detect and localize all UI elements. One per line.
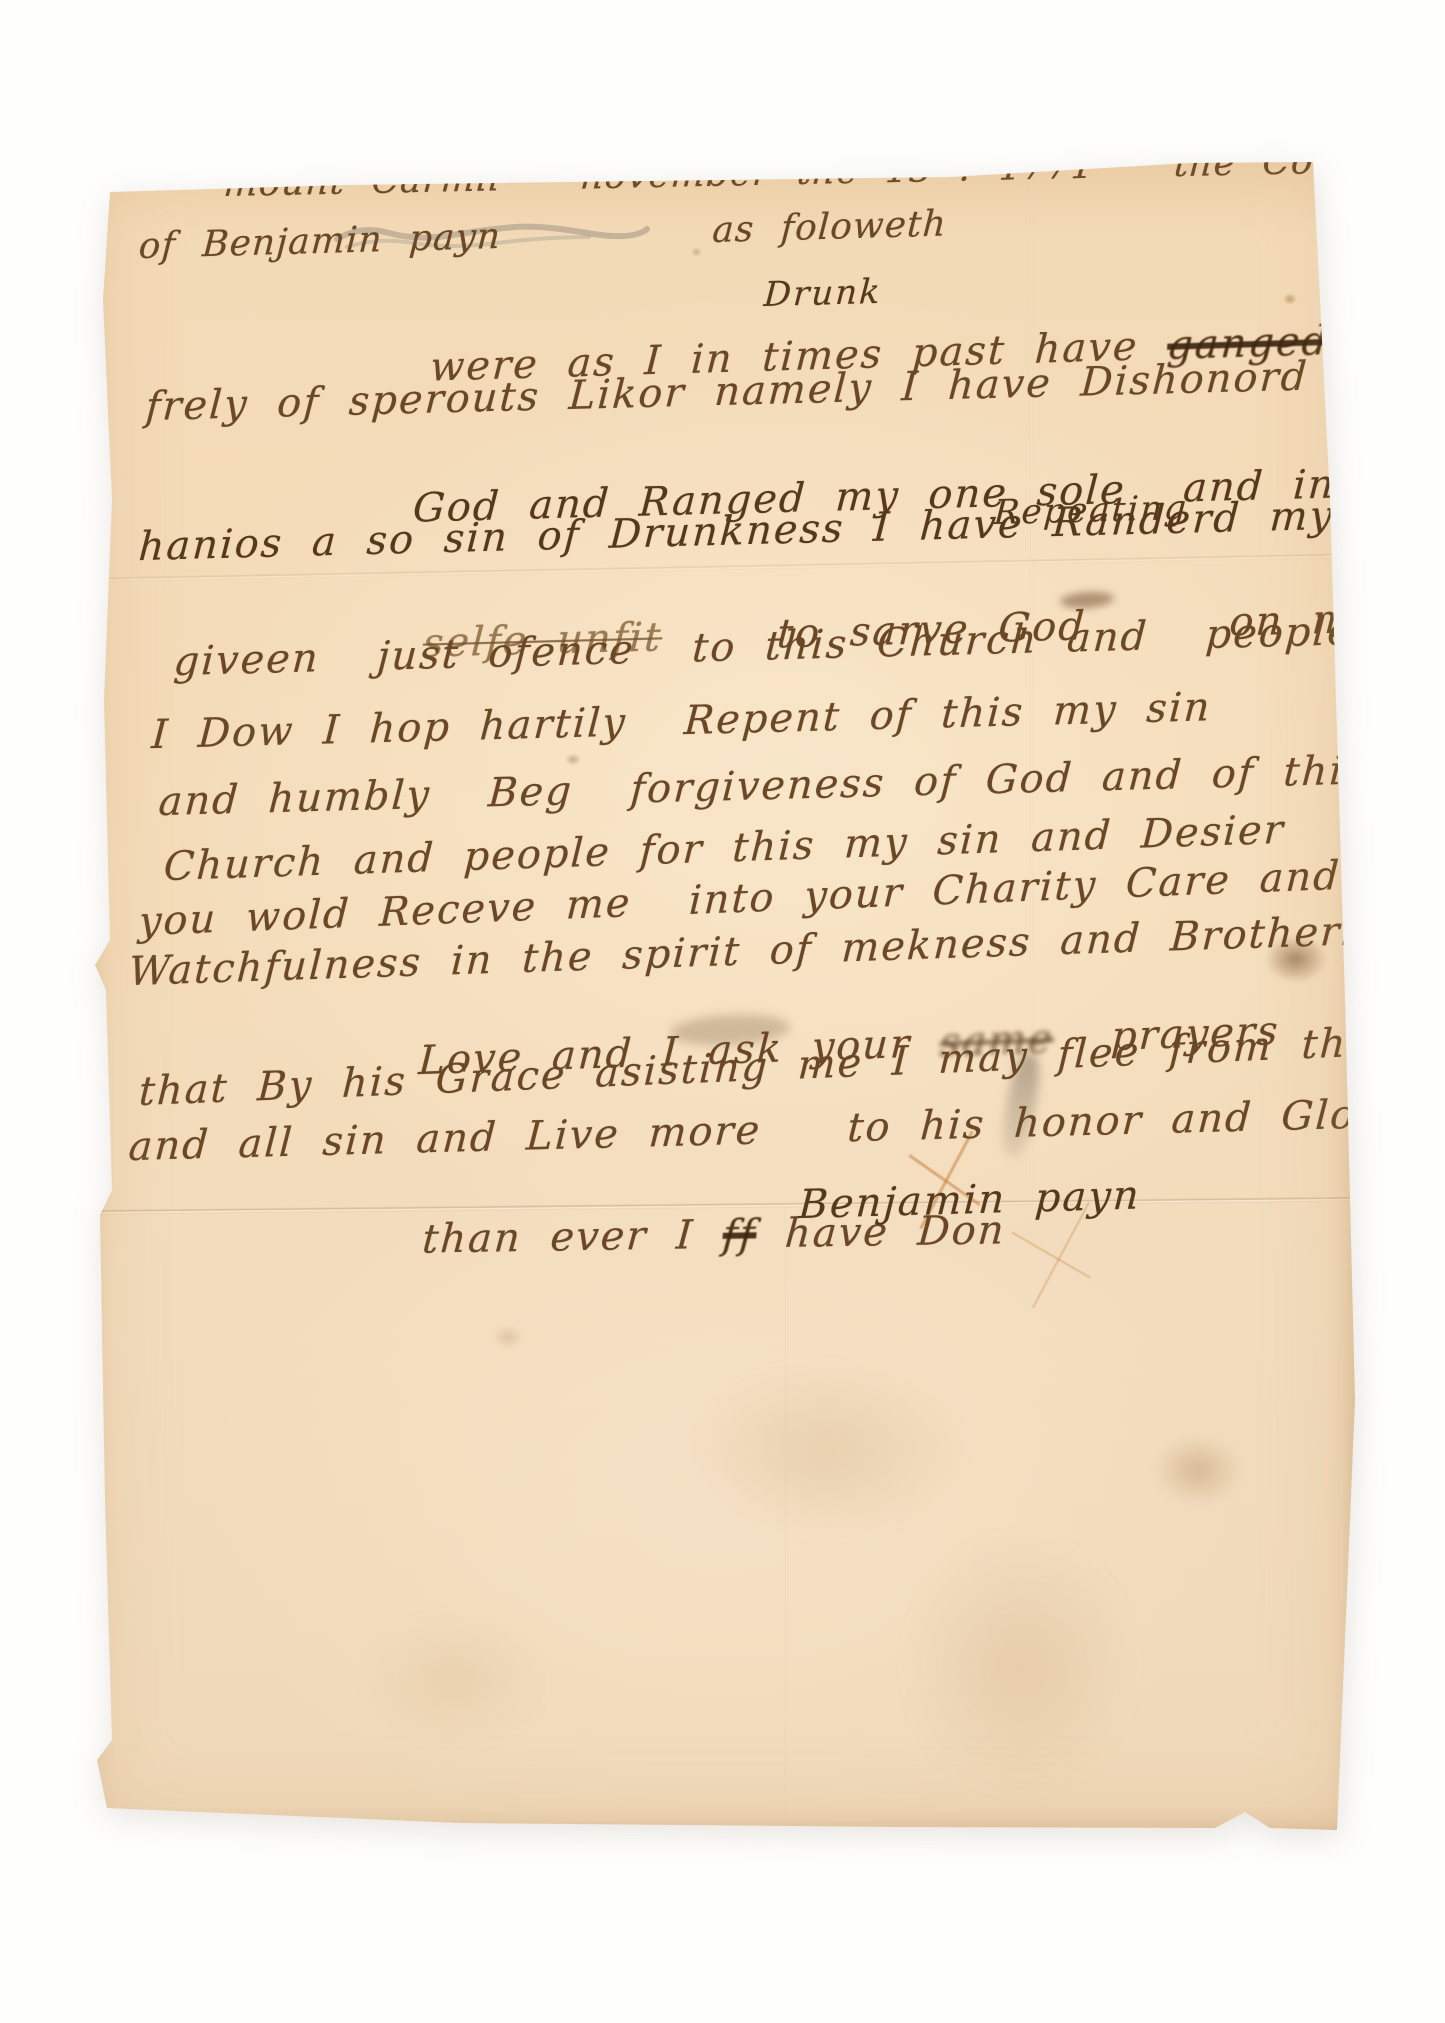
manuscript-text: mount Carmil november the 13 : 1771 the …	[85, 135, 1357, 1835]
line-text: than ever I	[421, 1212, 725, 1263]
struck-word: Comiting	[1363, 455, 1445, 506]
attribution-line: of Benjamin payn as foloweth	[138, 204, 948, 266]
manuscript-paper: mount Carmil november the 13 : 1771 the …	[85, 135, 1357, 1835]
line-text: tow	[1328, 314, 1445, 364]
manuscript-paper-wrap: mount Carmil november the 13 : 1771 the …	[85, 135, 1357, 1835]
signature: Benjamin payn	[797, 1173, 1142, 1227]
photo-background: mount Carmil november the 13 : 1771 the …	[0, 0, 1445, 2023]
struck-word: ff	[721, 1211, 758, 1258]
place-date-line: mount Carmil november the 13 : 1771 the …	[222, 139, 1445, 205]
